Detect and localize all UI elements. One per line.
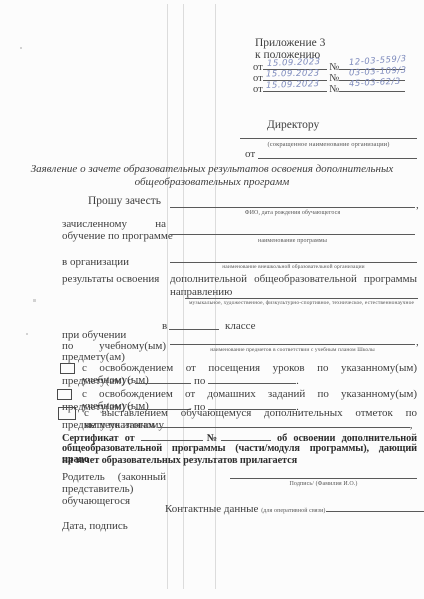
blank-line — [221, 431, 271, 441]
results-label: результаты освоения — [62, 273, 159, 285]
option-marks-detail: предмету по итогам , — [62, 418, 418, 431]
handwritten-date: 15.09.2023 — [267, 58, 321, 69]
scan-speck — [26, 333, 28, 335]
checkbox — [57, 389, 72, 400]
scan-speck — [20, 47, 22, 49]
program-line — [170, 234, 415, 235]
trailing-comma: , — [416, 199, 419, 211]
director-label: Директору — [267, 119, 319, 132]
from-label: от — [245, 148, 255, 160]
parent-label-line1: Родитель (законный — [62, 471, 166, 483]
blank-line — [208, 374, 296, 384]
ext-organization-line — [170, 262, 417, 263]
organization-caption: (сокращенное наименование организации) — [240, 141, 417, 148]
contacts-caption: (для оперативной связи) — [261, 508, 325, 514]
organization-line — [240, 138, 417, 139]
dates-mid: по — [194, 375, 205, 387]
direction-line — [185, 298, 418, 299]
from-line — [258, 158, 417, 159]
subjects-caption: наименование предметов в соответствии с … — [170, 347, 415, 353]
checkbox — [60, 363, 75, 374]
program-caption: наименование программы — [170, 238, 415, 245]
trailing-comma: , — [416, 336, 419, 348]
blank-line — [158, 418, 410, 428]
request-label: Прошу зачесть — [88, 195, 161, 208]
class-line — [169, 329, 219, 330]
ext-organization-caption: наименование внешкольной образовательной… — [170, 264, 417, 270]
document-title-line1: Заявление о зачете образовательных резул… — [0, 163, 424, 175]
class-label: классе — [225, 320, 256, 332]
document-title-line2: общеобразовательных программ — [0, 176, 424, 188]
enrolled-label-line2: обучение по программе — [62, 230, 173, 242]
signature-caption: Подпись/ (Фамилия И.О.) — [230, 481, 417, 488]
signature-line — [230, 478, 417, 479]
results-value-line1: дополнительной общеобразовательной прогр… — [170, 273, 417, 285]
document-page: Приложение 3 к положению от № от № от № … — [0, 0, 424, 599]
subjects-line — [170, 344, 415, 345]
contacts-label: Контактные данные — [165, 503, 258, 515]
dates-prefix: предмету(ам) с — [62, 375, 133, 387]
results-value-line2: направлению — [170, 286, 232, 298]
in-label: в — [162, 320, 167, 332]
number-label: № — [329, 84, 339, 95]
certificate-line3: на зачет образовательных результатов при… — [62, 455, 417, 466]
date-signature-label: Дата, подпись — [62, 520, 128, 532]
enrolled-label-line1: зачисленному на — [62, 218, 166, 230]
detail-end: , — [410, 419, 413, 431]
detail-prefix: предмету по итогам — [62, 419, 155, 431]
scan-speck — [33, 299, 36, 302]
option-lessons-dates: предмету(ам) с по . — [62, 374, 418, 387]
contacts-row: Контактные данные (для оперативной связи… — [165, 502, 418, 515]
handwritten-date: 15.09.2023 — [266, 70, 320, 80]
handwritten-date: 15.09.2023 — [266, 80, 320, 91]
fio-caption: ФИО, дата рождения обучающегося — [170, 210, 415, 217]
blank-line — [135, 374, 191, 384]
dates-end: . — [296, 375, 299, 387]
from-label: от — [253, 84, 263, 95]
parent-label-line2: представитель) — [62, 483, 133, 495]
appendix-title: Приложение 3 — [255, 37, 325, 50]
parent-label-line3: обучающегося — [62, 495, 130, 507]
fio-line — [170, 207, 415, 208]
blank-line — [141, 431, 203, 441]
organization-label: в организации — [62, 256, 129, 268]
direction-caption: музыкальное, художественное, физкультурн… — [185, 300, 418, 306]
blank-line — [326, 502, 424, 512]
